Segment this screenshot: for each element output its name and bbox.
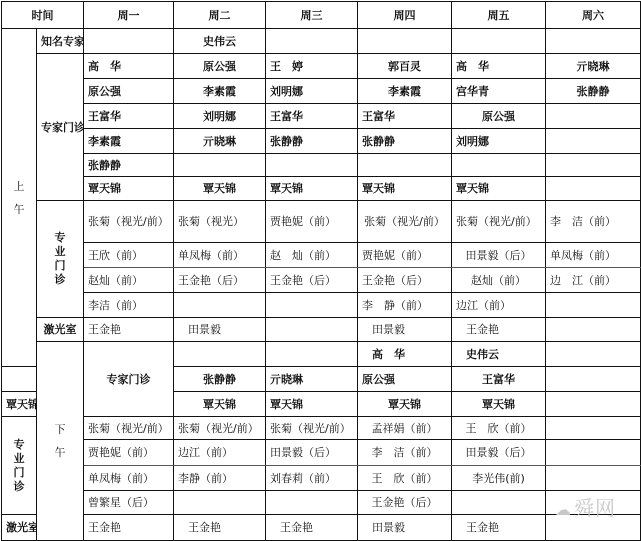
schedule-cell [546,318,641,342]
schedule-cell: 张菊（视光/前） [84,417,174,440]
schedule-cell: 覃天锦 [452,392,546,417]
schedule-cell [174,154,266,177]
schedule-cell: 张静静 [84,154,174,177]
schedule-cell: 覃天锦 [358,392,452,417]
schedule-cell [546,154,641,177]
schedule-cell [546,129,641,154]
category-expert-clinic: 专家门诊 [84,342,174,417]
schedule-cell: 王富华 [358,104,452,129]
schedule-cell: 王 欣（前） [358,466,452,491]
afternoon-laser-row: 激光室 王金艳 王金艳 王金艳 田景毅 王金艳 [2,515,641,541]
schedule-cell: 覃天锦 [266,392,358,417]
schedule-cell [2,367,37,392]
schedule-cell: 孟祥娟（前） [358,417,452,440]
schedule-cell [546,466,641,491]
schedule-cell: 覃天锦 [174,392,266,417]
schedule-cell: 李静（前） [174,466,266,491]
schedule-cell: 贾艳妮（前） [358,243,452,268]
day-header-fri: 周五 [452,2,546,29]
day-header-tue: 周二 [174,2,266,29]
schedule-cell: 高 华 [358,342,452,367]
schedule-cell [546,29,641,54]
schedule-cell [546,367,641,392]
schedule-cell: 亓晓琳 [174,129,266,154]
schedule-cell: 高 华 [84,54,174,79]
schedule-cell: 李素霞 [358,79,452,104]
schedule-cell [546,342,641,367]
schedule-cell [266,318,358,342]
schedule-cell: 王金艳 [174,515,266,541]
category-laser-room: 激光室 [2,515,37,541]
schedule-cell [266,342,358,367]
morning-specialty-row: 李洁（前） 李 静（前） 边江（前） [2,293,641,318]
schedule-cell [546,177,641,201]
schedule-cell: 张静静 [174,367,266,392]
schedule-cell: 原公强 [452,104,546,129]
schedule-cell: 覃天锦 [174,177,266,201]
afternoon-specialty-row: 贾艳妮（前） 边江（前） 田景毅（后） 李 洁（前） 田景毅（后） [2,440,641,466]
afternoon-specialty-row: 专业门诊 张菊（视光/前） 张菊（视光/前） 张菊（视光/前） 孟祥娟（前） 王… [2,417,641,440]
morning-expert-row: 王富华 刘明娜 王富华 王富华 原公强 [2,104,641,129]
day-header-wed: 周三 [266,2,358,29]
schedule-cell: 张菊（视光） [174,201,266,243]
morning-famous-expert-row: 上 午 知名专家 史伟云 [2,29,641,54]
schedule-cell: 宫华青 [452,79,546,104]
schedule-cell [84,29,174,54]
schedule-cell: 王 欣（前） [452,417,546,440]
schedule-cell: 李 洁（前） [358,440,452,466]
schedule-cell [546,104,641,129]
schedule-cell [174,293,266,318]
category-specialty-clinic: 专业门诊 [2,417,37,515]
schedule-cell: 单凤梅（前） [174,243,266,268]
schedule-cell: 单凤梅（前） [546,243,641,268]
schedule-cell: 覃天锦 [358,177,452,201]
morning-expert-row: 李素霞 亓晓琳 张静静 张静静 刘明娜 [2,129,641,154]
morning-expert-row: 张静静 [2,154,641,177]
schedule-cell: 刘明娜 [266,79,358,104]
schedule-cell: 史伟云 [452,342,546,367]
schedule-cell [358,154,452,177]
schedule-cell: 刘春莉（前） [266,466,358,491]
schedule-cell: 张静静 [546,79,641,104]
afternoon-period-label: 下 午 [37,342,84,541]
schedule-cell: 张菊（视光/前） [452,201,546,243]
period-char: 午 [6,203,32,216]
schedule-cell: 王富华 [84,104,174,129]
header-row: 时间 周一 周二 周三 周四 周五 周六 [2,2,641,29]
category-label: 专业门诊 [13,438,25,494]
schedule-cell [358,29,452,54]
category-expert-clinic: 专家门诊 [37,54,84,201]
morning-expert-row: 专家门诊 高 华 原公强 王 婷 郭百灵 高 华 亓晓琳 [2,54,641,79]
schedule-cell: 王富华 [452,367,546,392]
schedule-cell: 赵 灿（前） [266,243,358,268]
category-famous-expert: 知名专家 [37,29,84,54]
schedule-cell: 边江（前） [452,293,546,318]
schedule-cell: 亓晓琳 [546,54,641,79]
schedule-cell: 曾繁星（后） [84,491,174,515]
schedule-cell: 张静静 [358,129,452,154]
schedule-cell: 赵灿（前） [452,268,546,293]
schedule-cell: 王金艳（后） [358,268,452,293]
schedule-cell [266,29,358,54]
morning-expert-row: 覃天锦 覃天锦 覃天锦 覃天锦 覃天锦 [2,177,641,201]
afternoon-specialty-row: 曾繁星（后） 王金艳（后） [2,491,641,515]
schedule-cell: 张菊（视光/前） [358,201,452,243]
schedule-cell: 田景毅（后） [452,243,546,268]
schedule-cell: 田景毅（后） [266,440,358,466]
schedule-cell: 王金艳 [452,515,546,541]
schedule-cell: 高 华 [452,54,546,79]
schedule-cell: 王金艳 [266,515,358,541]
schedule-cell: 单凤梅（前） [84,466,174,491]
schedule-cell: 张菊（视光/前） [174,417,266,440]
schedule-cell: 张静静 [266,129,358,154]
schedule-cell [546,417,641,440]
weekly-clinic-schedule-table: 时间 周一 周二 周三 周四 周五 周六 上 午 知名专家 史伟云 专家门诊 高… [1,1,641,541]
morning-specialty-row: 赵灿（前） 王金艳（后） 王金艳（后） 王金艳（后） 赵灿（前） 边 江（前） [2,268,641,293]
schedule-cell [452,491,546,515]
schedule-cell [266,154,358,177]
schedule-cell: 刘明娜 [452,129,546,154]
schedule-cell: 李 洁（前） [546,201,641,243]
watermark-cloud-icon: ☁ [555,500,572,519]
schedule-cell: 刘明娜 [174,104,266,129]
schedule-cell: 王金艳（后） [174,268,266,293]
day-header-mon: 周一 [84,2,174,29]
schedule-cell: 史伟云 [174,29,266,54]
schedule-cell: 王 婷 [266,54,358,79]
schedule-cell: 原公强 [174,54,266,79]
schedule-cell: 覃天锦 [266,177,358,201]
watermark: ☁舜网 [555,492,616,521]
morning-period-label: 上 午 [2,29,37,367]
schedule-cell: 原公强 [84,79,174,104]
schedule-cell: 田景毅 [358,515,452,541]
schedule-cell [452,154,546,177]
schedule-cell: 王金艳 [452,318,546,342]
schedule-cell [452,29,546,54]
schedule-cell [266,491,358,515]
schedule-cell: 王金艳（后） [266,268,358,293]
schedule-cell: 边 江（前） [546,268,641,293]
period-char: 上 [6,180,32,193]
schedule-cell: 李素霞 [174,79,266,104]
afternoon-specialty-row: 单凤梅（前） 李静（前） 刘春莉（前） 王 欣（前） 李光伟(前) [2,466,641,491]
schedule-cell [174,491,266,515]
schedule-cell: 亓晓琳 [266,367,358,392]
category-laser-room: 激光室 [37,318,84,342]
morning-specialty-row: 王欣（前） 单凤梅（前） 赵 灿（前） 贾艳妮（前） 田景毅（后） 单凤梅（前） [2,243,641,268]
schedule-cell: 李 静（前） [358,293,452,318]
schedule-cell: 李素霞 [84,129,174,154]
schedule-cell: 边江（前） [174,440,266,466]
morning-specialty-row: 专业门诊 张菊（视光/前） 张菊（视光） 贾艳妮（前） 张菊（视光/前） 张菊（… [2,201,641,243]
morning-expert-row: 原公强 李素霞 刘明娜 李素霞 宫华青 张静静 [2,79,641,104]
category-label: 专业门诊 [54,231,66,287]
schedule-cell: 原公强 [358,367,452,392]
schedule-cell [546,440,641,466]
schedule-cell: 王金艳 [84,515,174,541]
schedule-cell: 覃天锦 [2,392,37,417]
schedule-cell [174,342,266,367]
schedule-cell [546,293,641,318]
schedule-cell: 王富华 [266,104,358,129]
schedule-cell: 李洁（前） [84,293,174,318]
watermark-text: 舜网 [574,496,616,520]
schedule-cell: 张菊（视光/前） [266,417,358,440]
day-header-thu: 周四 [358,2,452,29]
day-header-sat: 周六 [546,2,641,29]
schedule-cell: 赵灿（前） [84,268,174,293]
schedule-cell: 王金艳 [84,318,174,342]
time-header: 时间 [2,2,84,29]
schedule-cell: 贾艳妮（前） [84,440,174,466]
period-char: 午 [41,446,79,459]
schedule-cell: 郭百灵 [358,54,452,79]
schedule-cell: 王金艳（后） [358,491,452,515]
schedule-cell: 王欣（前） [84,243,174,268]
morning-laser-row: 激光室 王金艳 田景毅 田景毅 王金艳 [2,318,641,342]
schedule-cell: 田景毅 [358,318,452,342]
afternoon-expert-row: 下 午 专家门诊 高 华 史伟云 [2,342,641,367]
schedule-cell: 李光伟(前) [452,466,546,491]
schedule-cell: 覃天锦 [452,177,546,201]
period-char: 下 [41,423,79,436]
schedule-cell [266,293,358,318]
schedule-cell [546,392,641,417]
schedule-cell: 田景毅 [174,318,266,342]
category-specialty-clinic: 专业门诊 [37,201,84,318]
schedule-cell: 覃天锦 [84,177,174,201]
schedule-cell: 田景毅（后） [452,440,546,466]
schedule-cell: 张菊（视光/前） [84,201,174,243]
schedule-cell: 贾艳妮（前） [266,201,358,243]
